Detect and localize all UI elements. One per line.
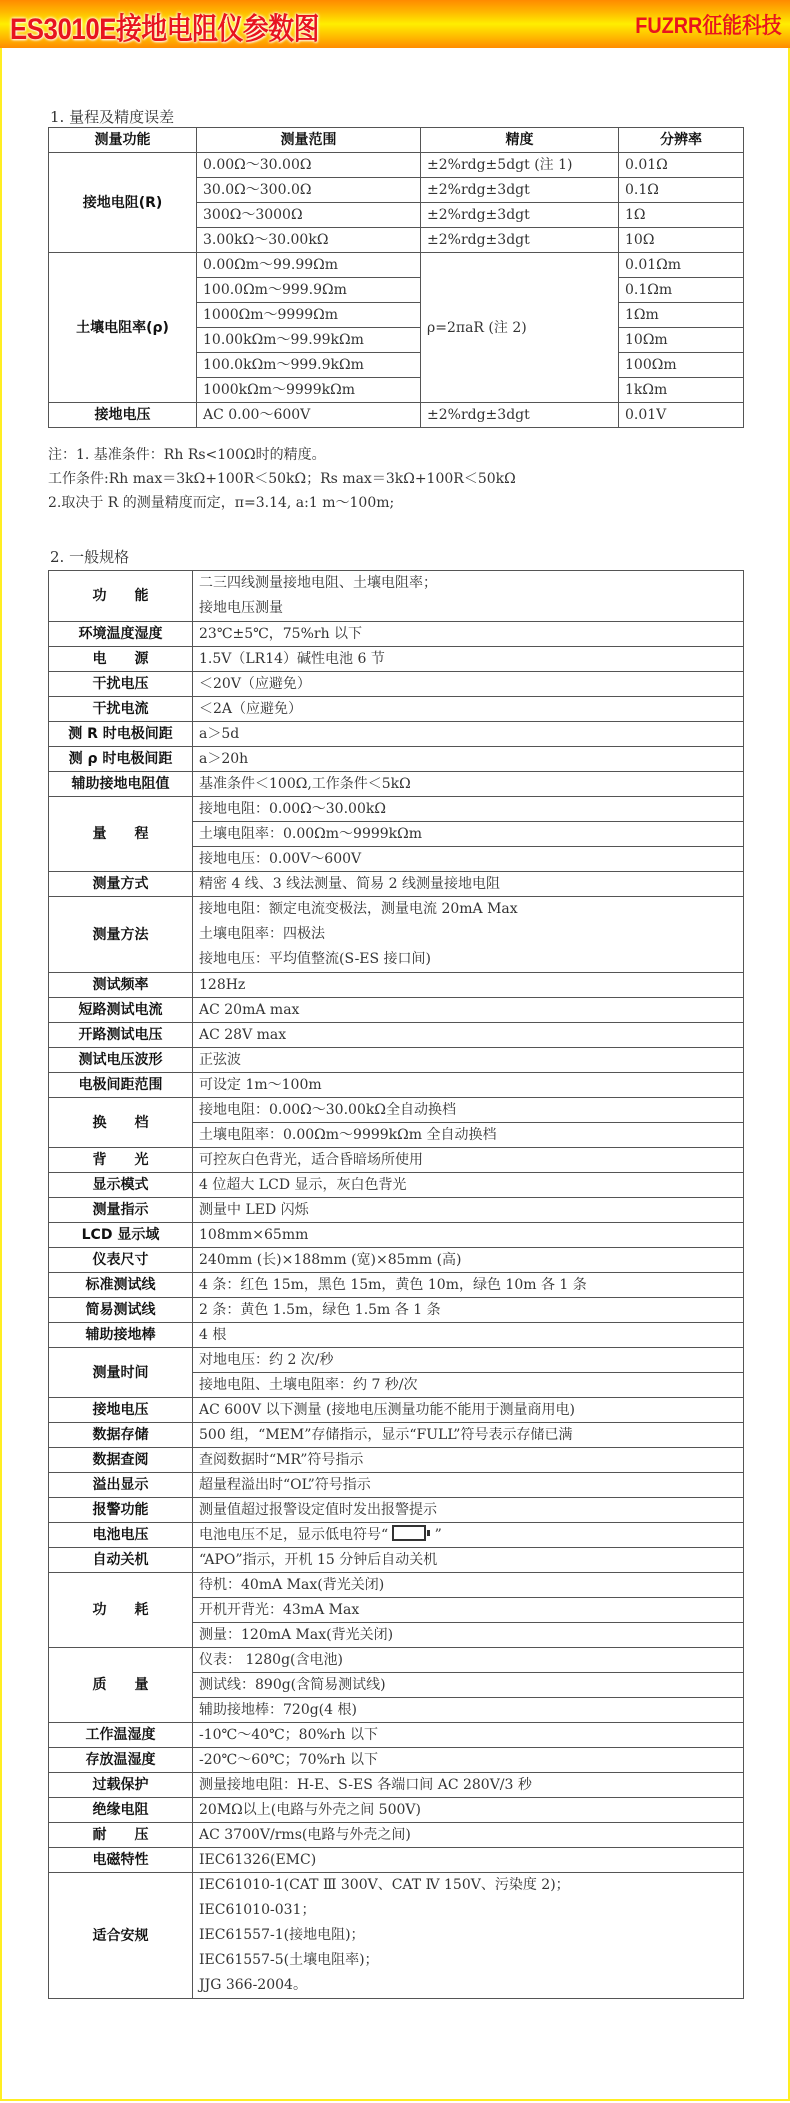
spec-value: 测量中 LED 闪烁 [193,1198,744,1223]
note-line-3: 2.取决于 R 的测量精度而定，π=3.14, a:1 m～100m; [48,492,394,512]
column-header-range: 测量范围 [197,128,421,153]
spec-value: 20MΩ以上(电路与外壳之间 500V) [193,1798,744,1823]
range-cell: 100.0kΩm～999.9kΩm [197,353,421,378]
resolution-cell: 0.01Ωm [619,253,744,278]
range-accuracy-table: 测量功能 测量范围 精度 分辨率 接地电阻(R)0.00Ω～30.00Ω±2%r… [48,127,744,428]
section-title-general-specs: 2. 一般规格 [50,546,129,567]
spec-value-text: 2 条：黄色 1.5m，绿色 1.5m 各 1 条 [199,1302,441,1318]
spec-value: 超量程溢出时“OL”符号指示 [193,1473,744,1498]
spec-label: 过载保护 [49,1773,193,1798]
spec-value-line: 土壤电阻率：四极法 [199,922,737,947]
spec-value: 1.5V（LR14）碱性电池 6 节 [193,647,744,672]
spec-label: 辅助接地电阻值 [49,772,193,797]
spec-value-text: 128Hz [199,977,245,993]
spec-value-text: 4 位超大 LCD 显示，灰白色背光 [199,1177,407,1193]
spec-value: 可控灰白色背光，适合昏暗场所使用 [193,1148,744,1173]
spec-label: 电极间距范围 [49,1073,193,1098]
spec-value: 电池电压不足，显示低电符号“ ” [193,1523,744,1548]
spec-value: 测量接地电阻：H-E、S-ES 各端口间 AC 280V/3 秒 [193,1773,744,1798]
spec-value: a＞5d [193,722,744,747]
spec-value-text: 1.5V（LR14）碱性电池 6 节 [199,651,385,667]
spec-row: 测 R 时电极间距a＞5d [49,722,744,747]
spec-row: 数据存储500 组，“MEM”存储指示，显示“FULL”符号表示存储已满 [49,1423,744,1448]
spec-value: a＞20h [193,747,744,772]
spec-row: 功 能二三四线测量接地电阻、土壤电阻率；接地电压测量 [49,571,744,622]
spec-label: 数据存储 [49,1423,193,1448]
spec-row: 溢出显示超量程溢出时“OL”符号指示 [49,1473,744,1498]
spec-value-text: 测量值超过报警设定值时发出报警提示 [199,1502,437,1518]
table-row: 接地电压AC 0.00～600V±2%rdg±3dgt0.01V [49,403,744,428]
range-cell: 100.0Ωm～999.9Ωm [197,278,421,303]
spec-value: 可设定 1m～100m [193,1073,744,1098]
spec-value-text: a＞20h [199,751,248,767]
table-row: 接地电阻(R)0.00Ω～30.00Ω±2%rdg±5dgt (注 1)0.01… [49,153,744,178]
spec-label: 适合安规 [49,1873,193,1999]
spec-label: 接地电压 [49,1398,193,1423]
spec-row: 测量指示测量中 LED 闪烁 [49,1198,744,1223]
spec-value: 对地电压：约 2 次/秒 [193,1348,744,1373]
spec-value: -20℃～60℃；70%rh 以下 [193,1748,744,1773]
spec-value: 128Hz [193,973,744,998]
spec-value-suffix: ” [430,1527,442,1543]
spec-label: 开路测试电压 [49,1023,193,1048]
accuracy-cell: ±2%rdg±3dgt [421,203,619,228]
spec-label: 存放温湿度 [49,1748,193,1773]
table-header-row: 测量功能 测量范围 精度 分辨率 [49,128,744,153]
spec-label: 耐 压 [49,1823,193,1848]
spec-label: 简易测试线 [49,1298,193,1323]
spec-row: 辅助接地棒4 根 [49,1323,744,1348]
header-banner: ES3010E接地电阻仪参数图 FUZRR征能科技 [0,0,790,48]
spec-row: LCD 显示域108mm×65mm [49,1223,744,1248]
spec-value: AC 28V max [193,1023,744,1048]
spec-row: 适合安规IEC61010-1(CAT Ⅲ 300V、CAT Ⅳ 150V、污染度… [49,1873,744,1999]
spec-label: 干扰电流 [49,697,193,722]
spec-row: 测 ρ 时电极间距a＞20h [49,747,744,772]
spec-value-text: -10℃～40℃；80%rh 以下 [199,1727,378,1743]
spec-value-text: 可设定 1m～100m [199,1077,322,1093]
low-battery-icon [392,1525,426,1541]
spec-value-text: 基准条件＜100Ω,工作条件＜5kΩ [199,776,411,792]
spec-label: 测试频率 [49,973,193,998]
spec-label: 测量时间 [49,1348,193,1398]
spec-value-text: 4 条：红色 15m，黑色 15m，黄色 10m，绿色 10m 各 1 条 [199,1277,587,1293]
spec-value-text: 500 组，“MEM”存储指示，显示“FULL”符号表示存储已满 [199,1427,572,1443]
spec-label: 环境温度湿度 [49,622,193,647]
spec-value-text: AC 20mA max [199,1002,299,1018]
spec-row: 背 光可控灰白色背光，适合昏暗场所使用 [49,1148,744,1173]
spec-row: 过载保护测量接地电阻：H-E、S-ES 各端口间 AC 280V/3 秒 [49,1773,744,1798]
range-cell: AC 0.00～600V [197,403,421,428]
spec-row: 工作温湿度-10℃～40℃；80%rh 以下 [49,1723,744,1748]
accuracy-cell: ±2%rdg±3dgt [421,228,619,253]
spec-row: 质 量仪表： 1280g(含电池) [49,1648,744,1673]
spec-row: 辅助接地电阻值基准条件＜100Ω,工作条件＜5kΩ [49,772,744,797]
spec-value: “APO”指示，开机 15 分钟后自动关机 [193,1548,744,1573]
spec-value: 接地电阻：0.00Ω～30.00kΩ [193,797,744,822]
spec-value: 测量值超过报警设定值时发出报警提示 [193,1498,744,1523]
spec-row: 绝缘电阻20MΩ以上(电路与外壳之间 500V) [49,1798,744,1823]
range-cell: 0.00Ωm～99.99Ωm [197,253,421,278]
spec-label: 辅助接地棒 [49,1323,193,1348]
spec-row: 环境温度湿度23℃±5℃，75%rh 以下 [49,622,744,647]
spec-value: 查阅数据时“MR”符号指示 [193,1448,744,1473]
spec-value-text: IEC61326(EMC) [199,1852,316,1868]
spec-value-text: 4 根 [199,1327,226,1343]
resolution-cell: 1kΩm [619,378,744,403]
spec-row: 开路测试电压AC 28V max [49,1023,744,1048]
spec-row: 干扰电流＜2A（应避免） [49,697,744,722]
spec-value-line: 接地电阻：额定电流变极法，测量电流 20mA Max [199,897,737,922]
spec-label: 测量方法 [49,897,193,973]
resolution-cell: 0.1Ωm [619,278,744,303]
spec-value: 待机：40mA Max(背光关闭) [193,1573,744,1598]
spec-value: 2 条：黄色 1.5m，绿色 1.5m 各 1 条 [193,1298,744,1323]
spec-row: 电池电压电池电压不足，显示低电符号“ ” [49,1523,744,1548]
spec-value: 正弦波 [193,1048,744,1073]
spec-value: 开机开背光：43mA Max [193,1598,744,1623]
spec-value-line: 接地电压：平均值整流(S-ES 接口间) [199,947,737,972]
spec-value-text: 精密 4 线、3 线法测量、简易 2 线测量接地电阻 [199,876,500,892]
spec-row: 短路测试电流AC 20mA max [49,998,744,1023]
spec-label: 溢出显示 [49,1473,193,1498]
spec-value-text: ＜2A（应避免） [199,701,302,717]
spec-value: 4 位超大 LCD 显示，灰白色背光 [193,1173,744,1198]
spec-label: 质 量 [49,1648,193,1723]
spec-label: 测 R 时电极间距 [49,722,193,747]
spec-value: AC 600V 以下测量 (接地电压测量功能不能用于测量商用电) [193,1398,744,1423]
range-cell: 3.00kΩ～30.00kΩ [197,228,421,253]
spec-value-line: 接地电压测量 [199,596,737,621]
spec-label: 自动关机 [49,1548,193,1573]
spec-value: 4 条：红色 15m，黑色 15m，黄色 10m，绿色 10m 各 1 条 [193,1273,744,1298]
spec-label: 换 档 [49,1098,193,1148]
accuracy-cell: ±2%rdg±5dgt (注 1) [421,153,619,178]
function-cell: 接地电压 [49,403,197,428]
spec-value-text: 正弦波 [199,1052,241,1068]
range-cell: 0.00Ω～30.00Ω [197,153,421,178]
spec-row: 量 程接地电阻：0.00Ω～30.00kΩ [49,797,744,822]
spec-label: 功 耗 [49,1573,193,1648]
accuracy-cell: ρ=2πaR (注 2) [421,253,619,403]
resolution-cell: 0.01V [619,403,744,428]
spec-row: 换 档接地电阻：0.00Ω～30.00kΩ全自动换档 [49,1098,744,1123]
spec-row: 测量方式精密 4 线、3 线法测量、简易 2 线测量接地电阻 [49,872,744,897]
spec-value: 接地电阻：0.00Ω～30.00kΩ全自动换档 [193,1098,744,1123]
spec-row: 显示模式4 位超大 LCD 显示，灰白色背光 [49,1173,744,1198]
spec-row: 测试频率128Hz [49,973,744,998]
spec-row: 简易测试线2 条：黄色 1.5m，绿色 1.5m 各 1 条 [49,1298,744,1323]
spec-value: 土壤电阻率：0.00Ωm～9999kΩm 全自动换档 [193,1123,744,1148]
spec-value: 4 根 [193,1323,744,1348]
spec-value: 接地电阻、土壤电阻率：约 7 秒/次 [193,1373,744,1398]
resolution-cell: 1Ωm [619,303,744,328]
spec-label: 数据查阅 [49,1448,193,1473]
spec-label: 测试电压波形 [49,1048,193,1073]
spec-row: 报警功能测量值超过报警设定值时发出报警提示 [49,1498,744,1523]
spec-row: 测量时间对地电压：约 2 次/秒 [49,1348,744,1373]
spec-row: 数据查阅查阅数据时“MR”符号指示 [49,1448,744,1473]
spec-label: 干扰电压 [49,672,193,697]
spec-value-text: 240mm (长)×188mm (宽)×85mm (高) [199,1252,462,1268]
spec-value: 仪表： 1280g(含电池) [193,1648,744,1673]
spec-value-text: 20MΩ以上(电路与外壳之间 500V) [199,1802,421,1818]
spec-label: 显示模式 [49,1173,193,1198]
spec-value: 精密 4 线、3 线法测量、简易 2 线测量接地电阻 [193,872,744,897]
spec-row: 电磁特性IEC61326(EMC) [49,1848,744,1873]
spec-label: 测量指示 [49,1198,193,1223]
column-header-accuracy: 精度 [421,128,619,153]
spec-value: 测试线：890g(含简易测试线) [193,1673,744,1698]
spec-row: 耐 压AC 3700V/rms(电路与外壳之间) [49,1823,744,1848]
column-header-function: 测量功能 [49,128,197,153]
spec-value-text: ＜20V（应避免） [199,676,311,692]
resolution-cell: 0.01Ω [619,153,744,178]
function-cell: 接地电阻(R) [49,153,197,253]
spec-label: 电池电压 [49,1523,193,1548]
spec-value-text: AC 28V max [199,1027,286,1043]
range-cell: 1000kΩm～9999kΩm [197,378,421,403]
spec-row: 存放温湿度-20℃～60℃；70%rh 以下 [49,1748,744,1773]
spec-value-text: a＞5d [199,726,239,742]
spec-label: 测量方式 [49,872,193,897]
spec-label: 短路测试电流 [49,998,193,1023]
spec-row: 测试电压波形正弦波 [49,1048,744,1073]
function-cell: 土壤电阻率(ρ) [49,253,197,403]
spec-value-line: IEC61010-1(CAT Ⅲ 300V、CAT Ⅳ 150V、污染度 2)； [199,1873,737,1898]
resolution-cell: 10Ωm [619,328,744,353]
spec-label: 背 光 [49,1148,193,1173]
spec-row: 电极间距范围可设定 1m～100m [49,1073,744,1098]
spec-label: 报警功能 [49,1498,193,1523]
brand-name: FUZRR征能科技 [636,9,782,40]
spec-value: 108mm×65mm [193,1223,744,1248]
spec-label: 功 能 [49,571,193,622]
spec-value: 基准条件＜100Ω,工作条件＜5kΩ [193,772,744,797]
spec-row: 电 源1.5V（LR14）碱性电池 6 节 [49,647,744,672]
resolution-cell: 0.1Ω [619,178,744,203]
spec-value-text: “APO”指示，开机 15 分钟后自动关机 [199,1552,437,1568]
spec-label: 电磁特性 [49,1848,193,1873]
spec-value-line: IEC61557-1(接地电阻)； [199,1923,737,1948]
spec-value: 辅助接地棒：720g(4 根) [193,1698,744,1723]
spec-row: 干扰电压＜20V（应避免） [49,672,744,697]
spec-value: 23℃±5℃，75%rh 以下 [193,622,744,647]
spec-value: 测量：120mA Max(背光关闭) [193,1623,744,1648]
spec-value: AC 20mA max [193,998,744,1023]
spec-value: IEC61010-1(CAT Ⅲ 300V、CAT Ⅳ 150V、污染度 2)；… [193,1873,744,1999]
range-cell: 300Ω～3000Ω [197,203,421,228]
resolution-cell: 100Ωm [619,353,744,378]
spec-value-text: -20℃～60℃；70%rh 以下 [199,1752,378,1768]
spec-label: 测 ρ 时电极间距 [49,747,193,772]
spec-value: ＜2A（应避免） [193,697,744,722]
spec-row: 测量方法接地电阻：额定电流变极法，测量电流 20mA Max土壤电阻率：四极法接… [49,897,744,973]
spec-value: 240mm (长)×188mm (宽)×85mm (高) [193,1248,744,1273]
spec-label: 标准测试线 [49,1273,193,1298]
spec-row: 标准测试线4 条：红色 15m，黑色 15m，黄色 10m，绿色 10m 各 1… [49,1273,744,1298]
resolution-cell: 1Ω [619,203,744,228]
range-cell: 10.00kΩm～99.99kΩm [197,328,421,353]
spec-label: 工作温湿度 [49,1723,193,1748]
spec-value: -10℃～40℃；80%rh 以下 [193,1723,744,1748]
spec-value-text: AC 3700V/rms(电路与外壳之间) [199,1827,411,1843]
spec-value-line: JJG 366-2004。 [199,1973,737,1998]
spec-label: 绝缘电阻 [49,1798,193,1823]
spec-value-text: 测量中 LED 闪烁 [199,1202,309,1218]
spec-value-line: 二三四线测量接地电阻、土壤电阻率； [199,571,737,596]
spec-value-text: 查阅数据时“MR”符号指示 [199,1452,363,1468]
page-title: ES3010E接地电阻仪参数图 [10,4,319,48]
spec-value-text: 108mm×65mm [199,1227,308,1243]
spec-value: 二三四线测量接地电阻、土壤电阻率；接地电压测量 [193,571,744,622]
spec-value-text: 电池电压不足，显示低电符号“ [199,1527,388,1543]
resolution-cell: 10Ω [619,228,744,253]
spec-row: 接地电压AC 600V 以下测量 (接地电压测量功能不能用于测量商用电) [49,1398,744,1423]
spec-row: 仪表尺寸240mm (长)×188mm (宽)×85mm (高) [49,1248,744,1273]
spec-value: IEC61326(EMC) [193,1848,744,1873]
spec-row: 自动关机“APO”指示，开机 15 分钟后自动关机 [49,1548,744,1573]
spec-label: 仪表尺寸 [49,1248,193,1273]
spec-value-text: 可控灰白色背光，适合昏暗场所使用 [199,1152,423,1168]
spec-label: 量 程 [49,797,193,872]
accuracy-cell: ±2%rdg±3dgt [421,178,619,203]
spec-value-text: 测量接地电阻：H-E、S-ES 各端口间 AC 280V/3 秒 [199,1777,532,1793]
table-row: 土壤电阻率(ρ)0.00Ωm～99.99Ωmρ=2πaR (注 2)0.01Ωm [49,253,744,278]
column-header-resolution: 分辨率 [619,128,744,153]
spec-value: 500 组，“MEM”存储指示，显示“FULL”符号表示存储已满 [193,1423,744,1448]
spec-label: LCD 显示域 [49,1223,193,1248]
spec-value: 接地电阻：额定电流变极法，测量电流 20mA Max土壤电阻率：四极法接地电压：… [193,897,744,973]
spec-value-text: AC 600V 以下测量 (接地电压测量功能不能用于测量商用电) [199,1402,575,1418]
range-cell: 30.0Ω～300.0Ω [197,178,421,203]
section-title-range-accuracy: 1. 量程及精度误差 [50,106,174,127]
spec-value: AC 3700V/rms(电路与外壳之间) [193,1823,744,1848]
spec-value: 土壤电阻率：0.00Ωm～9999kΩm [193,822,744,847]
spec-value-text: 超量程溢出时“OL”符号指示 [199,1477,371,1493]
spec-value: 接地电压：0.00V～600V [193,847,744,872]
accuracy-cell: ±2%rdg±3dgt [421,403,619,428]
spec-value-text: 23℃±5℃，75%rh 以下 [199,626,362,642]
spec-label: 电 源 [49,647,193,672]
spec-row: 功 耗待机：40mA Max(背光关闭) [49,1573,744,1598]
note-line-2: 工作条件:Rh max＝3kΩ+100R＜50kΩ；Rs max＝3kΩ+100… [48,468,516,488]
note-line-1: 注：1. 基准条件：Rh Rs<100Ω时的精度。 [48,444,326,464]
spec-value-line: IEC61010-031； [199,1898,737,1923]
spec-value-line: IEC61557-5(土壤电阻率)； [199,1948,737,1973]
general-specs-table: 功 能二三四线测量接地电阻、土壤电阻率；接地电压测量环境温度湿度23℃±5℃，7… [48,570,744,1999]
range-cell: 1000Ωm～9999Ωm [197,303,421,328]
spec-value: ＜20V（应避免） [193,672,744,697]
